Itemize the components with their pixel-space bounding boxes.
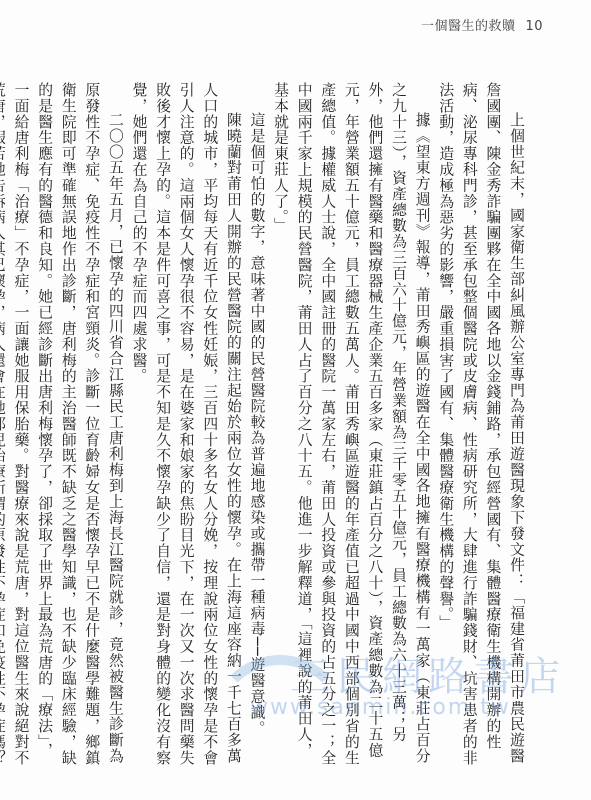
- vertical-body-text: 上個世紀末，國家衛生部糾風辦公室專門為莆田遊醫現象下發文件：「福建省莆田市農民遊…: [0, 82, 528, 772]
- paragraph: 陳曉蘭對莆田人開辦的民營醫院的關注起始於兩位女性的懷孕。在上海這座容納一千七百多…: [127, 82, 245, 772]
- paragraph: 據《望東方週刊》報導，莆田秀嶼區的遊醫在全中國各地擁有醫療機構有一萬家（東莊占百…: [268, 82, 433, 772]
- paragraph: 上個世紀末，國家衛生部糾風辦公室專門為莆田遊醫現象下發文件：「福建省莆田市農民遊…: [434, 82, 528, 772]
- running-header: 一個醫生的救贖10: [421, 15, 543, 34]
- paragraph: 這是個可怕的數字，意味著中國的民營醫院較為普遍地感染或攜帶一種病毒──遊醫意識。: [245, 82, 269, 772]
- page-number: 10: [525, 19, 543, 34]
- book-page: 一個醫生的救贖10 上個世紀末，國家衛生部糾風辦公室專門為莆田遊醫現象下發文件：…: [0, 0, 591, 800]
- paragraph: 二〇〇五年五月，已懷孕的四川省合江縣民工唐利梅到上海長江醫院就診，竟然被醫生診斷…: [0, 82, 127, 772]
- book-title: 一個醫生的救贖: [421, 19, 516, 34]
